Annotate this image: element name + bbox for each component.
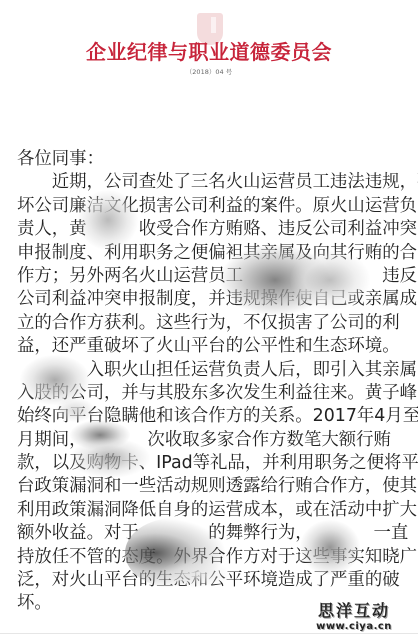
body-line: 泛，对火山平台的生态和公平环境造成了严重的破: [17, 569, 412, 592]
body-line: 月期间， 次收取多家合作方数笔大额行贿: [17, 429, 412, 452]
body-line: 入股的公司，并与其股东多次发生利益往来。黄子峰: [17, 382, 412, 405]
document-page: 企业纪律与职业道德委员会 （2018）04 号 各位同事： 近期，公司查处了三名…: [0, 0, 418, 640]
body-line: 入职火山担任运营负责人后，即引入其亲属: [17, 359, 412, 382]
body-line: 台政策漏洞和一些活动规则透露给行贿合作方，使其: [17, 475, 412, 498]
body-line: 作方；另外两名火山运营员工 违反: [17, 265, 412, 288]
body-line: 公司利益冲突申报制度，并违规操作使自己或亲属成: [17, 288, 412, 311]
body-line: 责人，黄 收受合作方贿赂、违反公司利益冲突: [17, 218, 412, 241]
body-line: 持放任不管的态度。外界合作方对于这些事实知晓广: [17, 546, 412, 569]
body-line: 始终向平台隐瞒他和该合作方的关系。2017年4月至12: [17, 405, 412, 428]
body-line: 益，还严重破坏了火山平台的公平性和生态环境。: [17, 335, 412, 358]
body-line: 额外收益。对于 的舞弊行为， 一直: [17, 522, 412, 545]
watermark-name: 思洋互动: [290, 598, 418, 621]
document-body: 各位同事： 近期，公司查处了三名火山运营员工违法违规，破 坏公司廉洁文化损害公司…: [17, 148, 412, 616]
body-line: 利用政策漏洞降低自身的运营成本，或在活动中扩大: [17, 499, 412, 522]
body-line: 立的合作方获利。这些行为，不仅损害了公司的利: [17, 312, 412, 335]
document-title: 企业纪律与职业道德委员会: [0, 36, 418, 65]
body-line: 申报制度、利用职务之便偏袒其亲属及向其行贿的合: [17, 242, 412, 265]
watermark: 思洋互动 www.ciya.cn: [290, 598, 418, 632]
watermark-url: www.ciya.cn: [290, 621, 418, 632]
body-line: 款，以及购物卡、IPad等礼品，并利用职务之便将平: [17, 452, 412, 475]
document-number: （2018）04 号: [0, 67, 418, 76]
salutation: 各位同事：: [17, 148, 412, 171]
body-line: 近期，公司查处了三名火山运营员工违法违规，破: [17, 171, 412, 194]
divider: [0, 633, 418, 634]
body-line: 坏公司廉洁文化损害公司利益的案件。原火山运营负: [17, 195, 412, 218]
